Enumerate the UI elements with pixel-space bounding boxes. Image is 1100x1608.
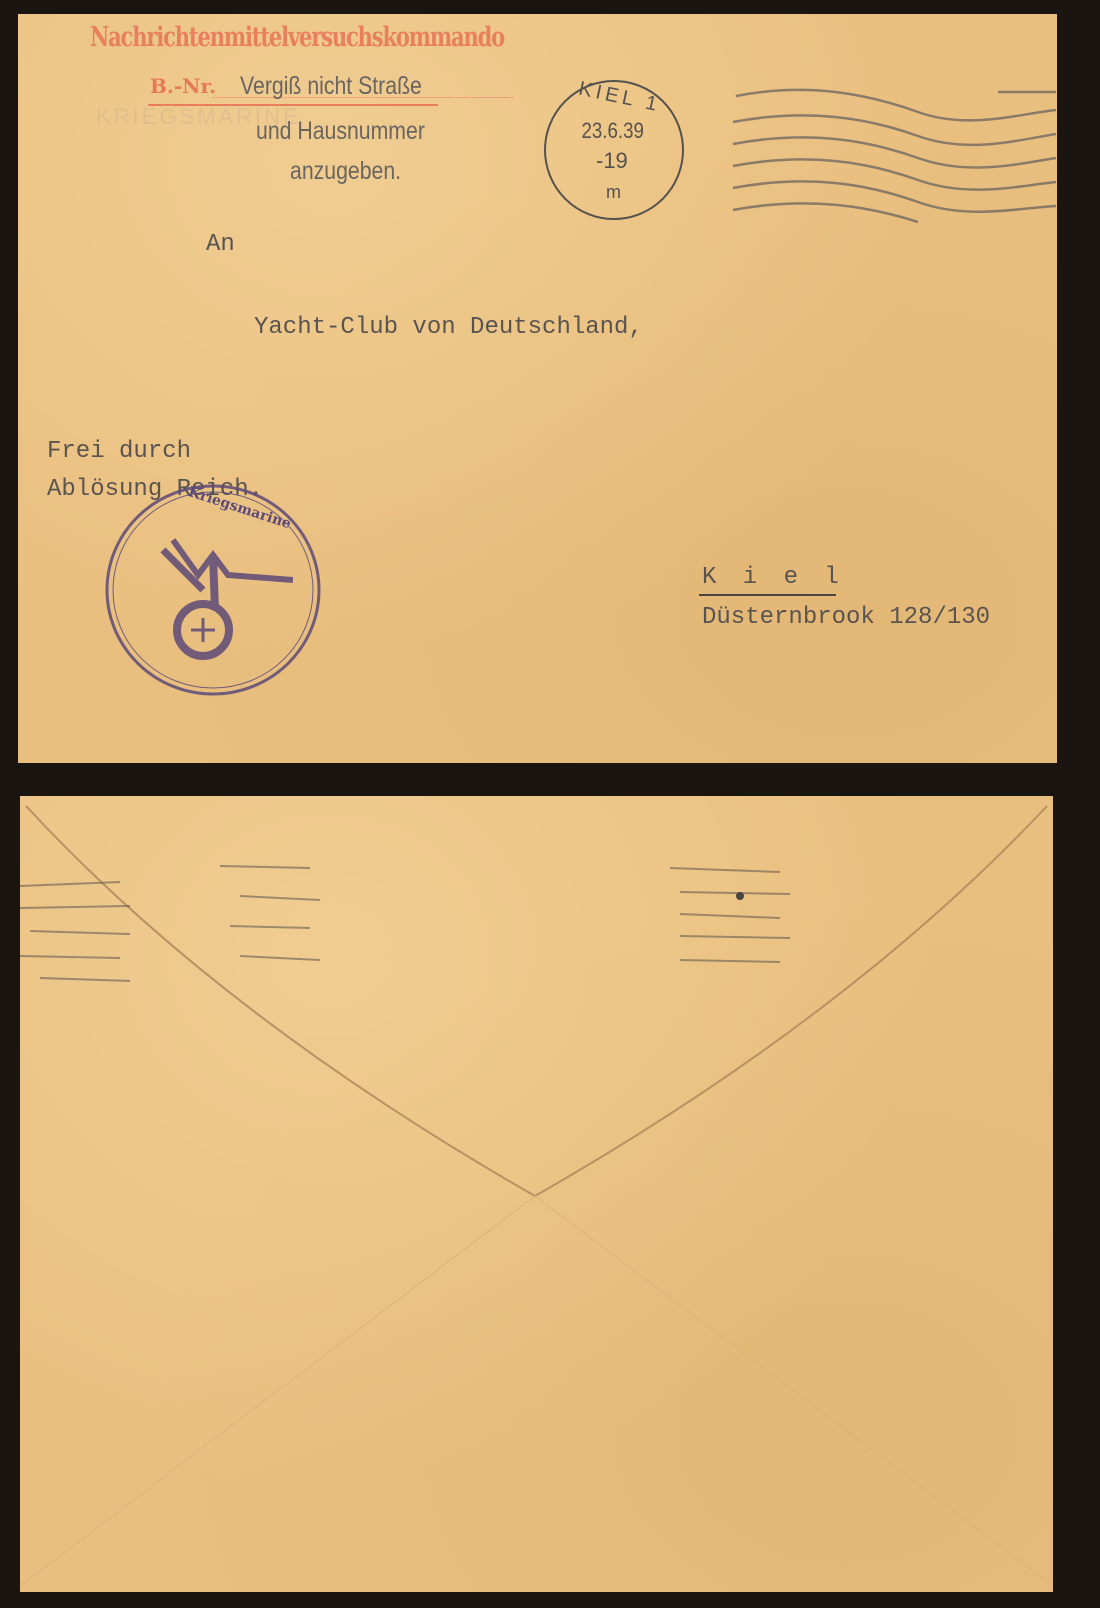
city-underline: [699, 594, 836, 596]
slogan-line-3: anzugeben.: [290, 157, 401, 186]
postmark-time: -19: [596, 148, 628, 174]
envelope-back: [20, 796, 1053, 1592]
wavy-cancel-lines-icon: [718, 74, 1058, 224]
postmark-date: 23.6.39: [582, 118, 644, 144]
envelope-flap-outline-icon: [20, 796, 1053, 1592]
postmark: KIEL 1 23.6.39 -19 m: [544, 80, 684, 220]
franking-note-line-1: Frei durch: [47, 438, 191, 465]
sender-imprint: Nachrichtenmittelversuchskommando: [90, 22, 504, 53]
address-recipient: Yacht-Club von Deutschland,: [254, 314, 643, 341]
official-seal-eagle-icon: Kriegsmarine: [103, 480, 323, 700]
address-salutation: An: [206, 231, 235, 258]
slogan-line-1: Vergiß nicht Straße: [240, 72, 422, 101]
reference-label: B.-Nr.: [150, 74, 216, 98]
postmark-code: m: [606, 182, 621, 203]
address-city: K i e l: [702, 564, 845, 591]
slogan-line-2: und Hausnummer: [256, 117, 425, 146]
postmark-city: KIEL 1: [577, 78, 663, 118]
reference-underline: [148, 104, 438, 106]
address-street: Düsternbrook 128/130: [702, 604, 990, 631]
envelope-front: Nachrichtenmittelversuchskommando KRIEGS…: [18, 14, 1057, 763]
